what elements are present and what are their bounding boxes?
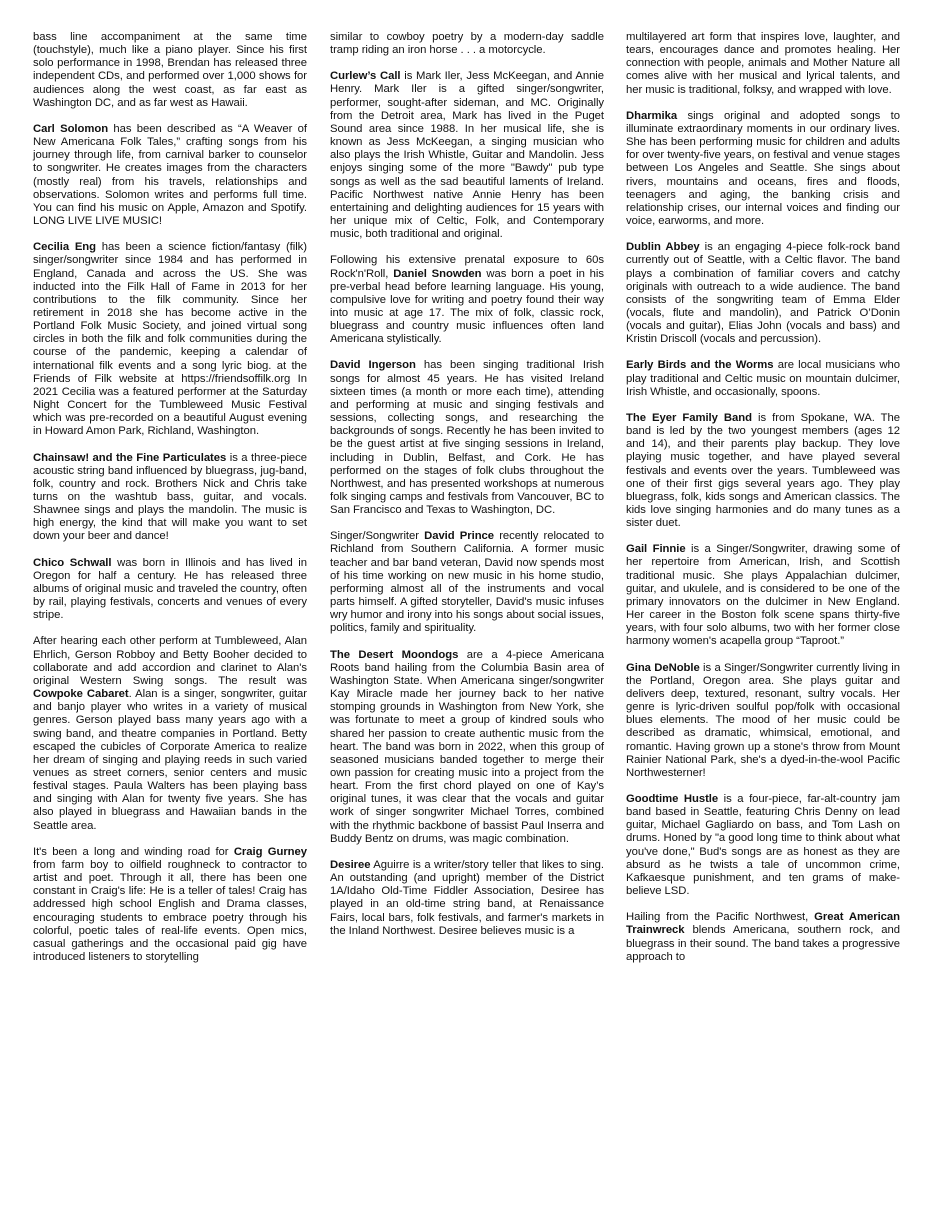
bio-lead-text: Hailing from the Pacific Northwest, (626, 911, 814, 923)
performer-name: David Ingerson (330, 359, 416, 371)
bio-lead-text: After hearing each other perform at Tumb… (33, 635, 307, 686)
bio-paragraph-curlews-call: Curlew’s Call is Mark Iler, Jess McKeega… (330, 70, 604, 241)
performer-name: The Desert Moondogs (330, 649, 458, 661)
performer-name: David Prince (424, 530, 494, 542)
bio-text: has been described as “A Weaver of New A… (33, 123, 307, 227)
performer-name: Craig Gurney (234, 846, 307, 858)
bio-text: is a Singer/Songwriter currently living … (626, 662, 900, 779)
bio-text: recently relocated to Richland from Sout… (330, 530, 604, 634)
bio-paragraph-dharmika: Dharmika sings original and adopted song… (626, 110, 900, 228)
column-right: multilayered art form that inspires love… (626, 31, 900, 977)
performer-name: Cowpoke Cabaret (33, 688, 129, 700)
performer-name: Curlew’s Call (330, 70, 401, 82)
performer-name: Daniel Snowden (393, 268, 481, 280)
performer-name: Chico Schwall (33, 557, 111, 569)
performer-name: Chainsaw! and the Fine Particulates (33, 452, 226, 464)
performer-name: Gina DeNoble (626, 662, 700, 674)
bio-paragraph-david-ingerson: David Ingerson has been singing traditio… (330, 359, 604, 517)
bio-lead-text: Singer/Songwriter (330, 530, 424, 542)
performer-name: Goodtime Hustle (626, 793, 718, 805)
bio-text: similar to cowboy poetry by a modern-day… (330, 31, 604, 56)
bio-text: is a four-piece, far-alt-country jam ban… (626, 793, 900, 897)
performer-name: Gail Finnie (626, 543, 686, 555)
column-left: bass line accompaniment at the same time… (33, 31, 307, 977)
bio-paragraph-desert-moondogs: The Desert Moondogs are a 4-piece Americ… (330, 649, 604, 846)
column-middle: similar to cowboy poetry by a modern-day… (330, 31, 604, 951)
bio-paragraph-daniel-snowden: Following his extensive prenatal exposur… (330, 254, 604, 346)
bio-paragraph-craig-gurney: It's been a long and winding road for Cr… (33, 846, 307, 964)
bio-text: Aguirre is a writer/story teller that li… (330, 859, 604, 937)
bio-lead-text: It's been a long and winding road for (33, 846, 234, 858)
bio-paragraph-david-prince: Singer/Songwriter David Prince recently … (330, 530, 604, 635)
bio-text: is a three-piece acoustic string band in… (33, 452, 307, 543)
bio-text: are a 4-piece Americana Roots band haili… (330, 649, 604, 845)
document-page: bass line accompaniment at the same time… (0, 0, 935, 1209)
bio-paragraph-chico-schwall: Chico Schwall was born in Illinois and h… (33, 557, 307, 623)
bio-paragraph-gina-denoble: Gina DeNoble is a Singer/Songwriter curr… (626, 662, 900, 780)
bio-paragraph-gail-finnie: Gail Finnie is a Singer/Songwriter, draw… (626, 543, 900, 648)
bio-paragraph-cowpoke-cabaret: After hearing each other perform at Tumb… (33, 635, 307, 832)
performer-name: Desiree (330, 859, 370, 871)
performer-name: Cecilia Eng (33, 241, 96, 253)
bio-text: sings original and adopted songs to illu… (626, 110, 900, 227)
bio-paragraph-desiree: Desiree Aguirre is a writer/story teller… (330, 859, 604, 938)
bio-paragraph-eyer-family-band: The Eyer Family Band is from Spokane, WA… (626, 412, 900, 530)
bio-text: from farm boy to oilfield roughneck to c… (33, 859, 307, 963)
bio-text: has been a science fiction/fantasy (filk… (33, 241, 307, 437)
bio-text: . Alan is a singer, songwriter, guitar a… (33, 688, 307, 832)
bio-paragraph-brendan-continued: bass line accompaniment at the same time… (33, 31, 307, 110)
bio-paragraph-goodtime-hustle: Goodtime Hustle is a four-piece, far-alt… (626, 793, 900, 898)
performer-name: Dharmika (626, 110, 677, 122)
performer-name: The Eyer Family Band (626, 412, 752, 424)
bio-text: has been singing traditional Irish songs… (330, 359, 604, 516)
bio-paragraph-cecilia-eng: Cecilia Eng has been a science fiction/f… (33, 241, 307, 438)
bio-paragraph-great-american-trainwreck: Hailing from the Pacific Northwest, Grea… (626, 911, 900, 964)
bio-text: is an engaging 4-piece folk-rock band cu… (626, 241, 900, 345)
bio-text: is Mark Iler, Jess McKeegan, and Annie H… (330, 70, 604, 240)
bio-text: is from Spokane, WA. The band is led by … (626, 412, 900, 529)
bio-text: multilayered art form that inspires love… (626, 31, 900, 96)
bio-paragraph-chainsaw: Chainsaw! and the Fine Particulates is a… (33, 452, 307, 544)
bio-paragraph-early-birds: Early Birds and the Worms are local musi… (626, 359, 900, 398)
bio-paragraph-desiree-continued: multilayered art form that inspires love… (626, 31, 900, 97)
bio-text: is a Singer/Songwriter, drawing some of … (626, 543, 900, 647)
performer-name: Carl Solomon (33, 123, 108, 135)
bio-paragraph-carl-solomon: Carl Solomon has been described as “A We… (33, 123, 307, 228)
bio-paragraph-craig-gurney-continued: similar to cowboy poetry by a modern-day… (330, 31, 604, 57)
performer-name: Early Birds and the Worms (626, 359, 774, 371)
bio-paragraph-dublin-abbey: Dublin Abbey is an engaging 4-piece folk… (626, 241, 900, 346)
performer-name: Dublin Abbey (626, 241, 700, 253)
bio-text: bass line accompaniment at the same time… (33, 31, 307, 109)
